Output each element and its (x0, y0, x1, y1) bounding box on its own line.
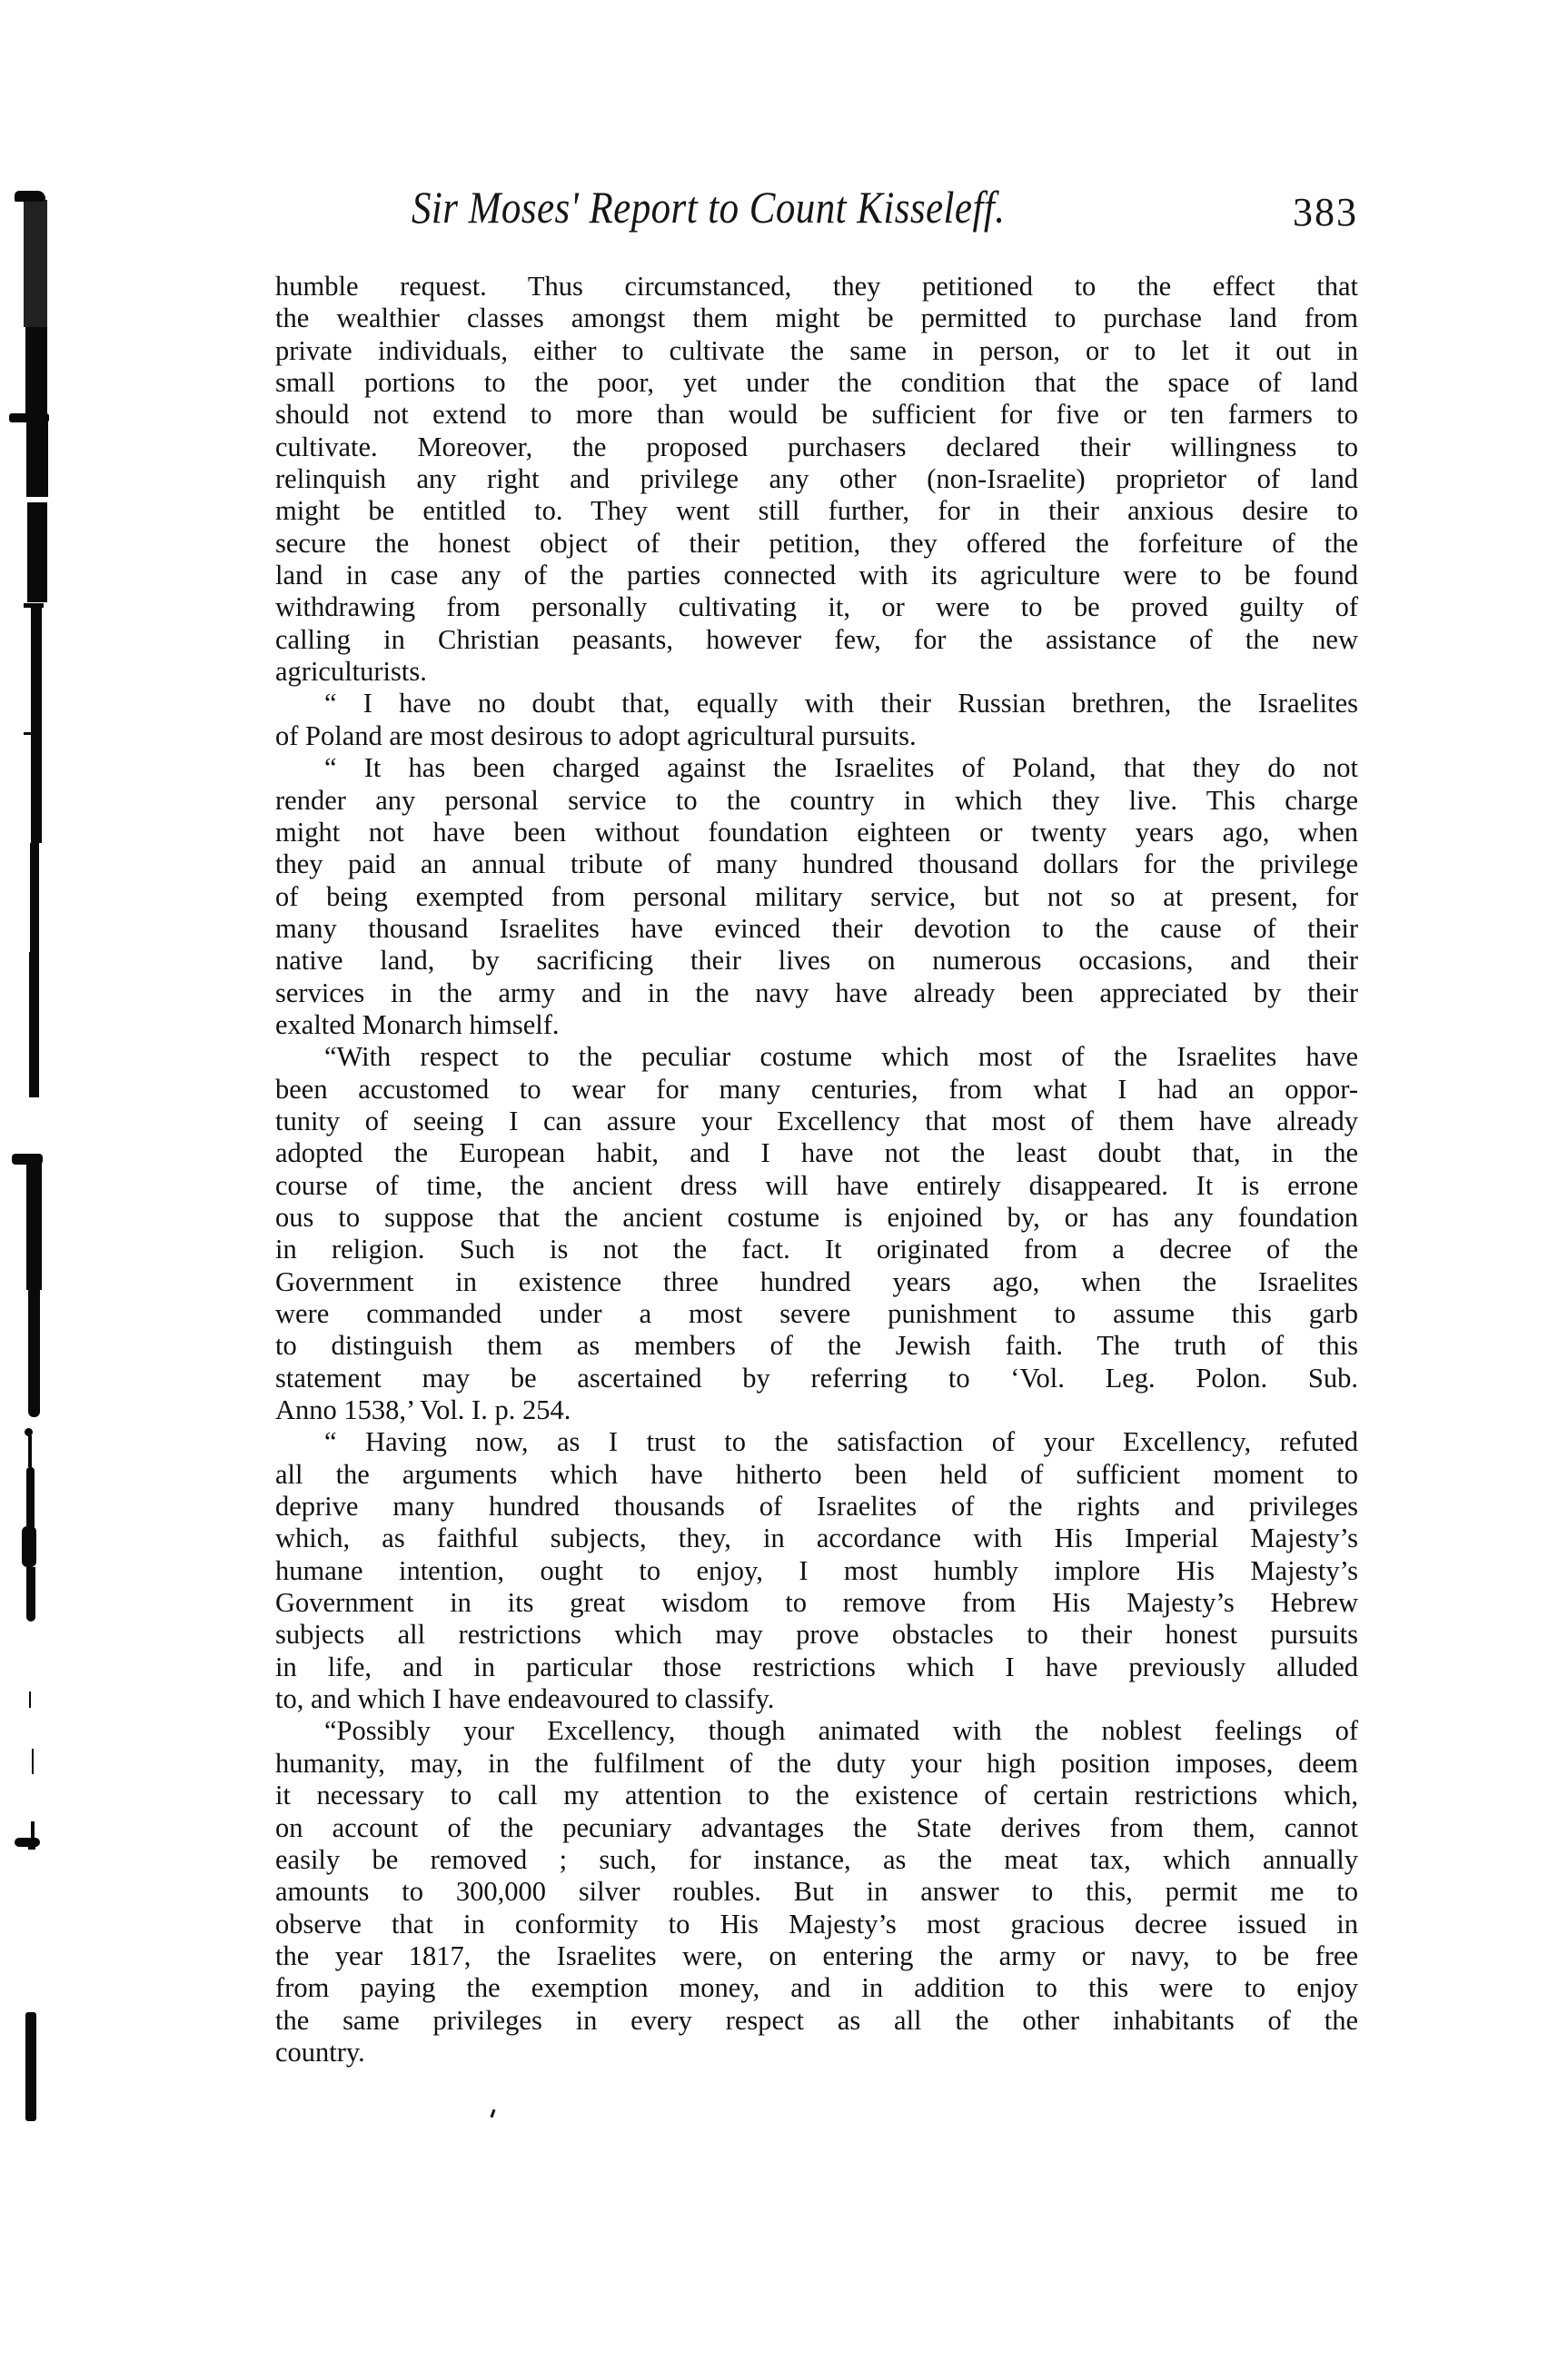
paragraph: humble request. Thus circumstanced, they… (275, 271, 1358, 688)
text-line: native land, by sacrificing their lives … (275, 945, 1358, 977)
paragraph: “ It has been charged against the Israel… (275, 752, 1358, 1041)
text-line: Anno 1538,’ Vol. I. p. 254. (275, 1394, 1358, 1426)
text-line: subjects all restrictions which may prov… (275, 1619, 1358, 1651)
text-line: exalted Monarch himself. (275, 1009, 1358, 1041)
text-line: adopted the European habit, and I have n… (275, 1137, 1358, 1169)
paragraph: “ I have no doubt that, equally with the… (275, 688, 1358, 752)
text-line: of Poland are most desirous to adopt agr… (275, 720, 1358, 752)
text-line: the year 1817, the Israelites were, on e… (275, 1940, 1358, 1972)
text-line: private individuals, either to cultivate… (275, 335, 1358, 367)
running-header: Sir Moses' Report to Count Kisseleff. 38… (275, 171, 1358, 243)
text-line: humble request. Thus circumstanced, they… (275, 271, 1358, 303)
text-line: amounts to 300,000 silver roubles. But i… (275, 1876, 1358, 1908)
text-line: deprive many hundred thousands of Israel… (275, 1491, 1358, 1523)
ink-speck (491, 2109, 496, 2118)
text-line: cultivate. Moreover, the proposed purcha… (275, 432, 1358, 463)
text-line: were commanded under a most severe punis… (275, 1298, 1358, 1330)
paragraph: “Possibly your Excellency, though animat… (275, 1715, 1358, 2068)
text-line: many thousand Israelites have evinced th… (275, 913, 1358, 945)
text-line: country. (275, 2037, 1358, 2068)
text-line: ous to suppose that the ancient costume … (275, 1202, 1358, 1234)
text-line: all the arguments which have hitherto be… (275, 1459, 1358, 1491)
text-line: on account of the pecuniary advantages t… (275, 1812, 1358, 1844)
text-line: they paid an annual tribute of many hund… (275, 848, 1358, 880)
text-line: the same privileges in every respect as … (275, 2005, 1358, 2037)
text-line: “Possibly your Excellency, though animat… (275, 1715, 1358, 1747)
text-line: land in case any of the parties connecte… (275, 560, 1358, 591)
text-line: of being exempted from personal military… (275, 881, 1358, 913)
text-line: which, as faithful subjects, they, in ac… (275, 1523, 1358, 1554)
text-line: been accustomed to wear for many centuri… (275, 1074, 1358, 1106)
text-line: small portions to the poor, yet under th… (275, 367, 1358, 399)
text-line: humanity, may, in the fulfilment of the … (275, 1748, 1358, 1780)
text-line: to, and which I have endeavoured to clas… (275, 1683, 1358, 1715)
text-line: in life, and in particular those restric… (275, 1652, 1358, 1683)
text-line: easily be removed ; such, for instance, … (275, 1844, 1358, 1876)
running-title: Sir Moses' Report to Count Kisseleff. (412, 171, 1005, 243)
text-line: Government in its great wisdom to remove… (275, 1587, 1358, 1619)
text-line: might be entitled to. They went still fu… (275, 495, 1358, 527)
paragraph: “ Having now, as I trust to the satisfac… (275, 1426, 1358, 1715)
paragraph: “With respect to the peculiar costume wh… (275, 1041, 1358, 1426)
text-line: calling in Christian peasants, however f… (275, 624, 1358, 656)
text-line: to distinguish them as members of the Je… (275, 1330, 1358, 1362)
book-page: Sir Moses' Report to Count Kisseleff. 38… (0, 0, 1568, 2371)
body-text: humble request. Thus circumstanced, they… (275, 271, 1358, 2068)
text-line: might not have been without foundation e… (275, 817, 1358, 848)
binding-edge-shadow (0, 0, 73, 2371)
text-line: Government in existence three hundred ye… (275, 1266, 1358, 1298)
text-line: the wealthier classes amongst them might… (275, 303, 1358, 334)
text-line: observe that in conformity to His Majest… (275, 1909, 1358, 1940)
text-line: in religion. Such is not the fact. It or… (275, 1234, 1358, 1265)
text-line: from paying the exemption money, and in … (275, 1972, 1358, 2004)
page-number: 383 (1293, 176, 1358, 249)
text-line: “ It has been charged against the Israel… (275, 752, 1358, 784)
text-line: services in the army and in the navy hav… (275, 977, 1358, 1009)
text-line: “ I have no doubt that, equally with the… (275, 688, 1358, 719)
text-line: “ Having now, as I trust to the satisfac… (275, 1426, 1358, 1458)
text-line: agriculturists. (275, 656, 1358, 688)
text-line: humane intention, ought to enjoy, I most… (275, 1555, 1358, 1587)
text-line: render any personal service to the count… (275, 785, 1358, 817)
text-line: statement may be ascertained by referrin… (275, 1363, 1358, 1394)
text-line: it necessary to call my attention to the… (275, 1780, 1358, 1811)
text-line: “With respect to the peculiar costume wh… (275, 1041, 1358, 1073)
text-line: withdrawing from personally cultivating … (275, 591, 1358, 623)
text-line: should not extend to more than would be … (275, 399, 1358, 431)
text-line: course of time, the ancient dress will h… (275, 1170, 1358, 1202)
text-line: secure the honest object of their petiti… (275, 528, 1358, 560)
text-line: relinquish any right and privilege any o… (275, 463, 1358, 495)
text-line: tunity of seeing I can assure your Excel… (275, 1106, 1358, 1137)
